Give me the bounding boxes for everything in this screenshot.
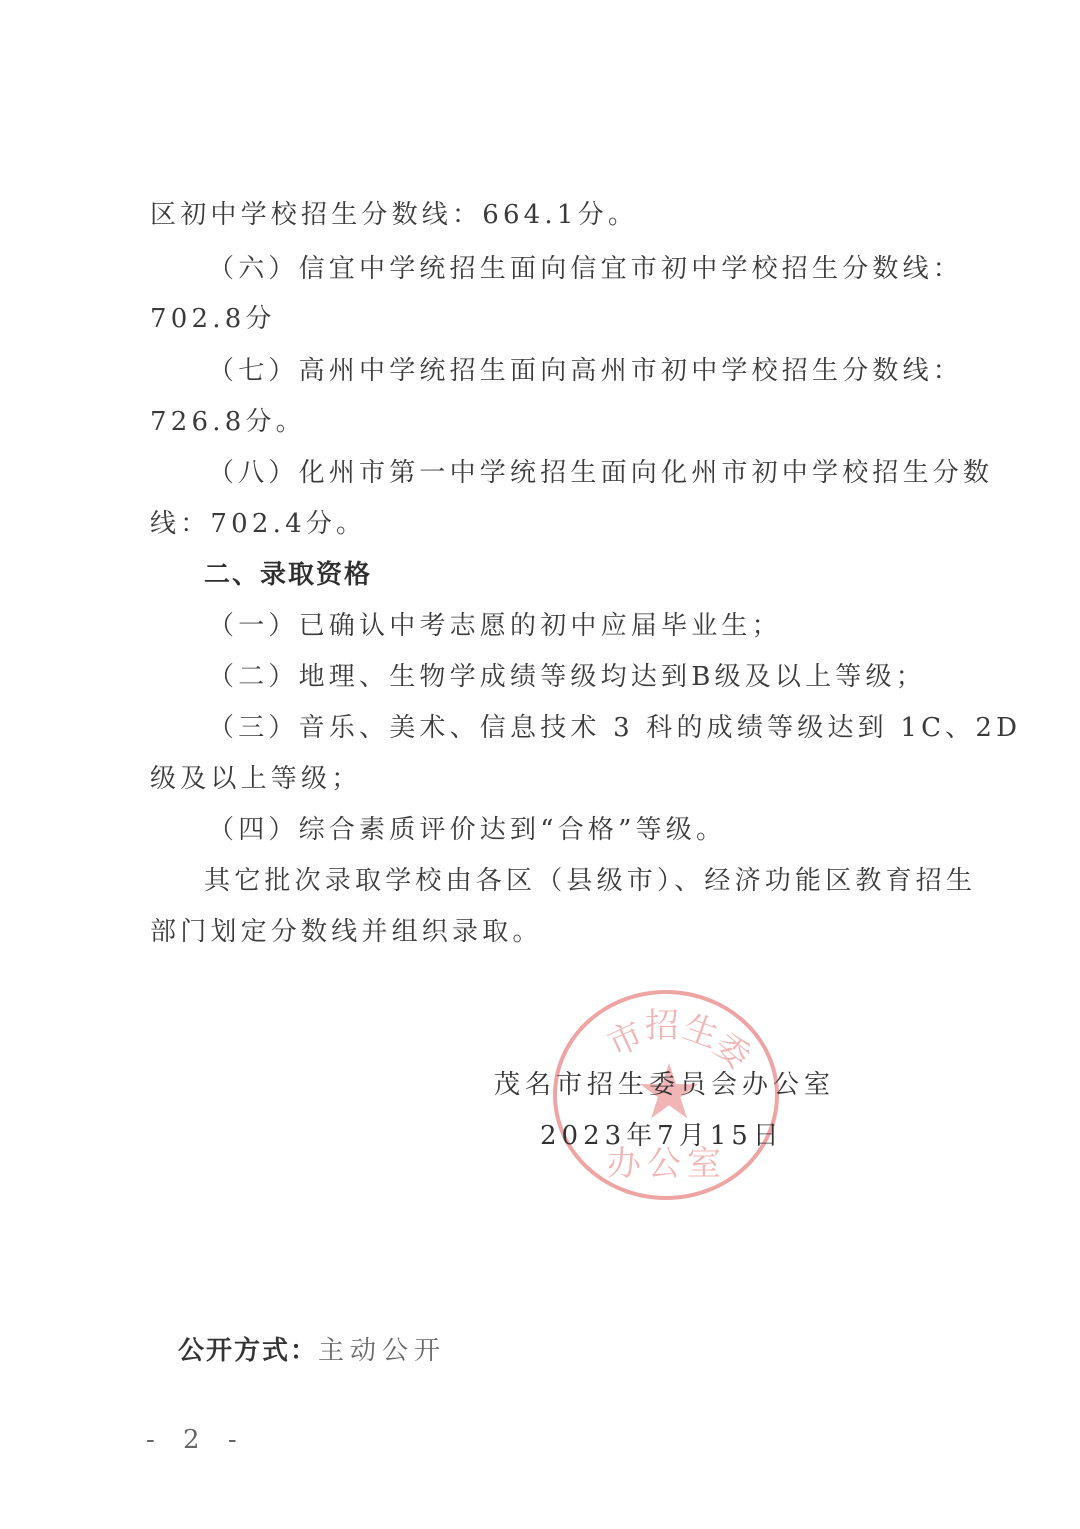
section-heading: 二、录取资格 [204,558,372,592]
score-line-7: （七）高州中学统招生面向高州市初中学校招生分数线： [208,354,963,388]
page-number: - 2 - [146,1425,247,1455]
closing-paragraph-continued: 部门划定分数线并组织录取。 [150,915,543,949]
score-line-7-value: 726.8分。 [150,405,306,439]
score-line-8-value: 线：702.4分。 [150,507,366,541]
score-line-6-value: 702.8分 [150,302,276,336]
seal-ring-text: 招 [645,998,679,1047]
eligibility-item-1: （一）已确认中考志愿的初中应届毕业生； [208,609,782,643]
eligibility-item-2: （二）地理、生物学成绩等级均达到B级及以上等级； [208,660,926,694]
disclosure: 公开方式：主动公开 [178,1334,446,1368]
closing-paragraph: 其它批次录取学校由各区（县级市）、经济功能区教育招生 [204,864,976,898]
score-line-8: （八）化州市第一中学统招生面向化州市初中学校招生分数 [208,456,993,490]
disclosure-value: 主动公开 [318,1336,446,1366]
score-line-5-continued: 区初中学校招生分数线：664.1分。 [150,198,638,232]
eligibility-item-3-continued: 级及以上等级； [150,762,361,796]
signature-date: 2023年7月15日 [540,1115,784,1152]
eligibility-item-3: （三）音乐、美术、信息技术 3 科的成绩等级达到 1C、2D [208,711,1021,745]
signature-organization: 茂名市招生委员会办公室 [494,1064,835,1101]
score-line-6: （六）信宜中学统招生面向信宜市初中学校招生分数线： [208,252,963,286]
disclosure-label: 公开方式： [178,1336,318,1366]
eligibility-item-4: （四）综合素质评价达到“合格”等级。 [208,813,726,847]
